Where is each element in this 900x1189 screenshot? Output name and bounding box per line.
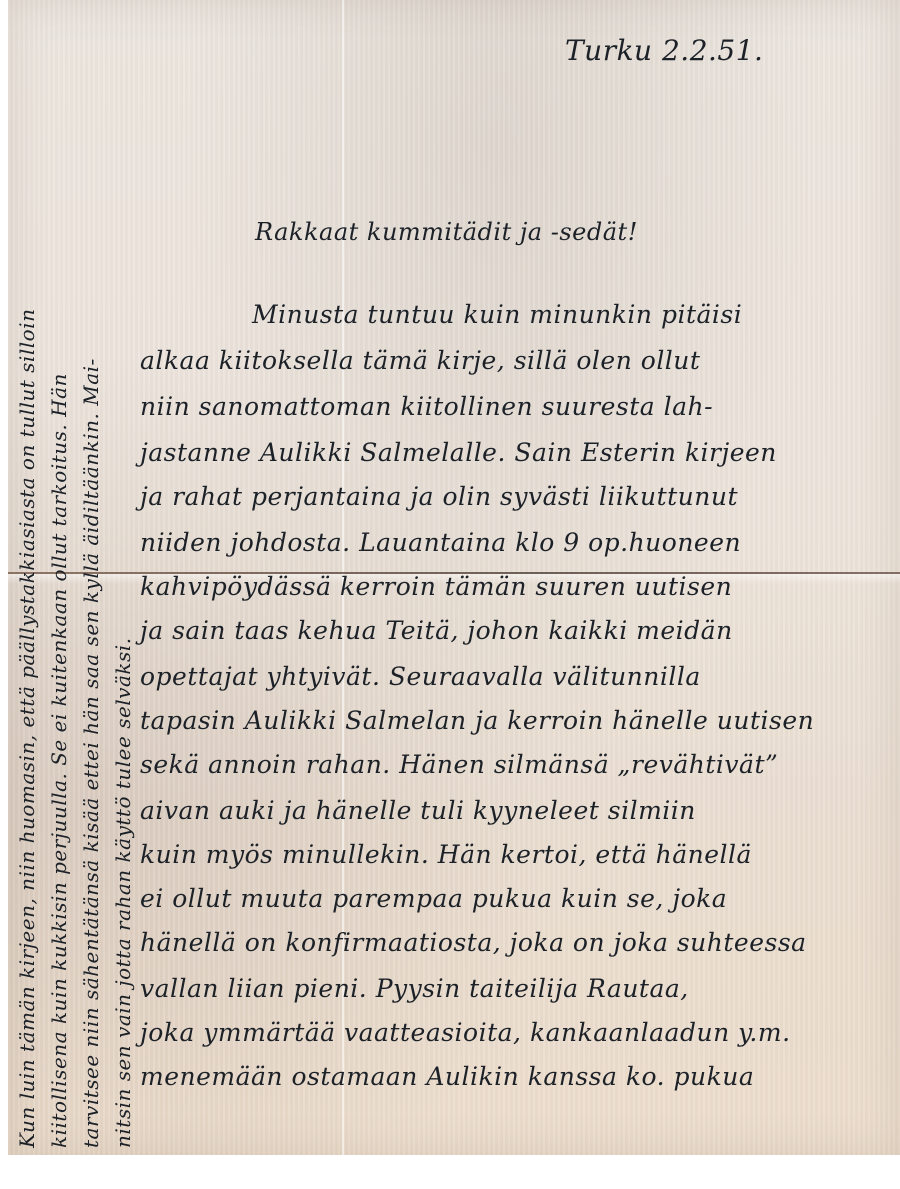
body-line: ei ollut muuta parempaa pukua kuin se, j… (140, 884, 727, 914)
body-line: ja rahat perjantaina ja olin syvästi lii… (140, 482, 738, 512)
body-line: alkaa kiitoksella tämä kirje, sillä olen… (140, 346, 700, 376)
margin-line: kiitollisena kuin kukkisin perjuulla. Se… (46, 373, 72, 1148)
salutation: Rakkaat kummitädit ja -sedät! (255, 218, 638, 246)
body-line: tapasin Aulikki Salmelan ja kerroin häne… (140, 706, 814, 736)
body-line: Minusta tuntuu kuin minunkin pitäisi (252, 300, 742, 330)
body-line: vallan liian pieni. Pyysin taiteilija Ra… (140, 974, 689, 1004)
body-line: aivan auki ja hänelle tuli kyyneleet sil… (140, 796, 696, 826)
body-line: hänellä on konfirmaatiosta, joka on joka… (140, 928, 807, 958)
margin-line: tarvitsee niin sähentätänsä kisää ettei … (78, 358, 104, 1148)
vertical-margin-note: Kun luin tämän kirjeen, niin huomasin, e… (8, 0, 148, 1160)
body-line: kahvipöydässä kerroin tämän suuren uutis… (140, 572, 732, 602)
body-line: opettajat yhtyivät. Seuraavalla välitunn… (140, 662, 701, 692)
body-line: menemään ostamaan Aulikin kanssa ko. puk… (140, 1062, 754, 1092)
body-line: ja sain taas kehua Teitä, johon kaikki m… (140, 616, 733, 646)
place-and-date: Turku 2.2.51. (565, 34, 763, 67)
body-line: kuin myös minullekin. Hän kertoi, että h… (140, 840, 752, 870)
margin-line: nitsin sen vain jotta rahan käyttö tulee… (110, 637, 136, 1148)
body-line: niin sanomattoman kiitollinen suuresta l… (140, 392, 713, 422)
body-line: jastanne Aulikki Salmelalle. Sain Esteri… (140, 438, 777, 468)
body-line: sekä annoin rahan. Hänen silmänsä „reväh… (140, 750, 778, 780)
margin-line: Kun luin tämän kirjeen, niin huomasin, e… (14, 309, 40, 1148)
body-line: niiden johdosta. Lauantaina klo 9 op.huo… (140, 528, 741, 558)
body-line: joka ymmärtää vaatteasioita, kankaanlaad… (140, 1018, 791, 1048)
